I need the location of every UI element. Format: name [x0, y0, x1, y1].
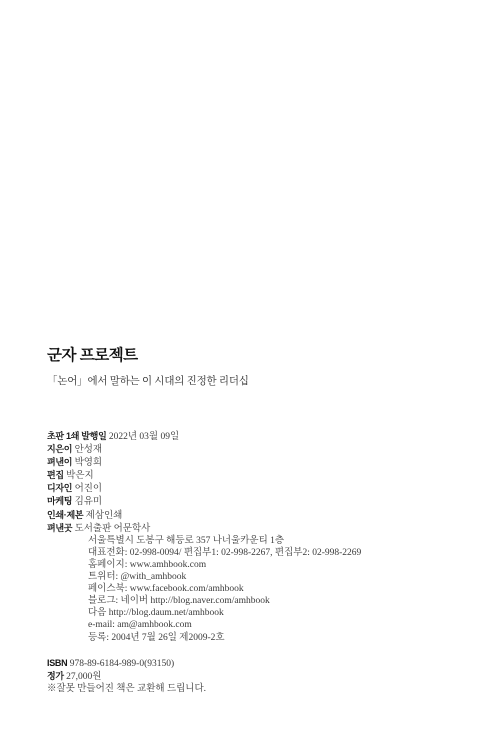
publisher-details-block: 서울특별시 도봉구 해등로 357 나너울카운티 1층 대표전화: 02-998…	[88, 535, 460, 644]
colophon-row-author: 지은이 안성재	[47, 443, 460, 456]
author-label: 지은이	[47, 444, 72, 454]
marketing-label: 마케팅	[47, 496, 72, 506]
colophon-block: 초판 1쇄 발행일 2022년 03월 09일 지은이 안성재 펴낸이 박영희 …	[47, 430, 460, 695]
colophon-row-edition-date: 초판 1쇄 발행일 2022년 03월 09일	[47, 430, 460, 443]
editor-value: 박은지	[66, 471, 94, 481]
colophon-row-publishing-house: 펴낸곳 도서출판 어문학사	[47, 522, 460, 535]
colophon-page: 군자 프로젝트 「논어」에서 말하는 이 시대의 진정한 리더십 초판 1쇄 발…	[0, 0, 500, 742]
marketing-value: 김유미	[75, 497, 103, 507]
edition-date-label: 초판 1쇄 발행일	[47, 431, 106, 441]
publishing-house-label: 펴낸곳	[47, 523, 72, 533]
printing-label: 인쇄·제본	[47, 510, 83, 520]
publisher-facebook: 페이스북: www.facebook.com/amhbook	[88, 583, 460, 595]
publisher-homepage: 홈페이지: www.amhbook.com	[88, 559, 460, 571]
designer-value: 어진이	[75, 484, 103, 494]
printing-value: 제삼인쇄	[86, 511, 123, 521]
book-title: 군자 프로젝트	[47, 347, 460, 364]
colophon-row-printing: 인쇄·제본 제삼인쇄	[47, 509, 460, 522]
price-label: 정가	[47, 671, 64, 681]
isbn-row: ISBN 978-89-6184-989-0(93150)	[47, 657, 460, 670]
publisher-email: e-mail: am@amhbook.com	[88, 619, 460, 631]
publisher-blog-naver: 블로그: 네이버 http://blog.naver.com/amhbook	[88, 595, 460, 607]
publishing-house-value: 도서출판 어문학사	[75, 524, 151, 534]
colophon-row-publisher-person: 펴낸이 박영희	[47, 456, 460, 469]
isbn-label: ISBN	[47, 658, 67, 668]
publisher-person-value: 박영희	[75, 458, 103, 468]
author-value: 안성재	[75, 445, 103, 455]
designer-label: 디자인	[47, 483, 72, 493]
publisher-twitter: 트위터: @with_amhbook	[88, 571, 460, 583]
publisher-address: 서울특별시 도봉구 해등로 357 나너울카운티 1층	[88, 535, 460, 547]
isbn-value: 978-89-6184-989-0(93150)	[70, 659, 174, 669]
exchange-notice: ※잘못 만들어진 책은 교환해 드립니다.	[47, 683, 460, 695]
publisher-phone: 대표전화: 02-998-0094/ 편집부1: 02-998-2267, 편집…	[88, 547, 460, 559]
publisher-blog-daum: 다음 http://blog.daum.net/amhbook	[88, 607, 460, 619]
publisher-person-label: 펴낸이	[47, 457, 72, 467]
colophon-row-marketing: 마케팅 김유미	[47, 495, 460, 508]
colophon-row-editor: 편집 박은지	[47, 469, 460, 482]
isbn-price-block: ISBN 978-89-6184-989-0(93150) 정가 27,000원…	[47, 657, 460, 695]
edition-date-value: 2022년 03월 09일	[109, 432, 179, 442]
colophon-row-designer: 디자인 어진이	[47, 482, 460, 495]
book-subtitle: 「논어」에서 말하는 이 시대의 진정한 리더십	[47, 376, 460, 388]
price-row: 정가 27,000원	[47, 670, 460, 683]
publisher-registration: 등록: 2004년 7월 26일 제2009-2호	[88, 632, 460, 644]
price-value: 27,000원	[66, 672, 101, 682]
editor-label: 편집	[47, 470, 64, 480]
